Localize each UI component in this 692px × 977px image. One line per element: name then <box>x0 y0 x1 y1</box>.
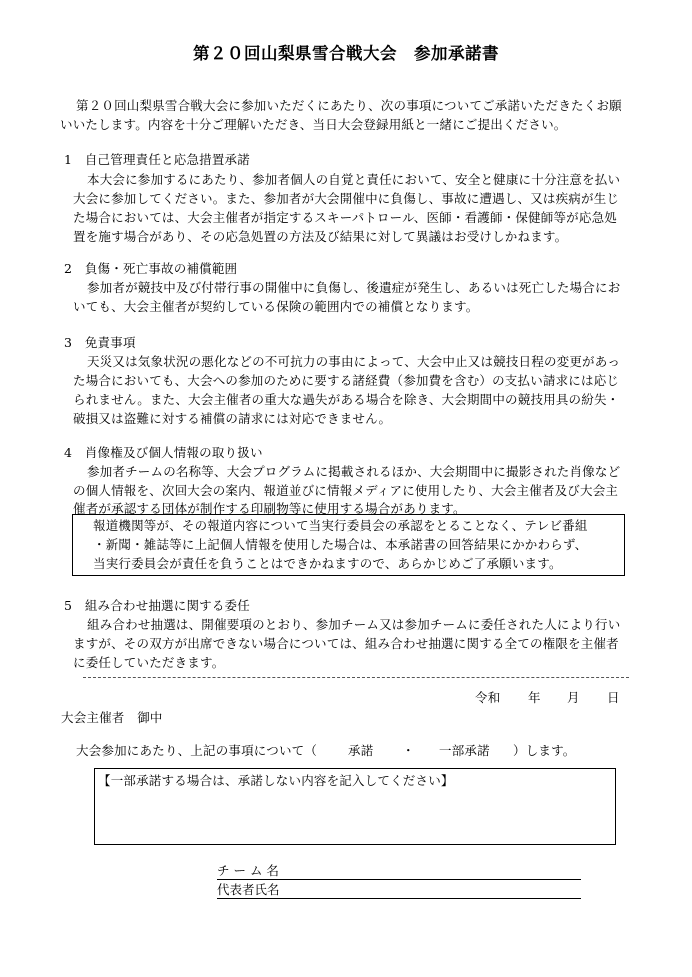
partial-consent-box-label: 【一部承諾する場合は、承諾しない内容を記入してください】 <box>98 771 454 790</box>
section-text-line: に委任していただきます。 <box>73 653 224 672</box>
section-text-line: の個人情報を、次回大会の案内、報道並びに情報メディアに使用したり、大会主催者及び… <box>73 481 618 500</box>
section-heading: 2 負傷・死亡事故の補償範囲 <box>64 259 237 278</box>
section-heading: 1 自己管理責任と応急措置承諾 <box>64 150 250 169</box>
section-text-line: 参加者チームの名称等、大会プログラムに掲載されるほか、大会期間中に撮影された肖像… <box>87 462 620 481</box>
section-text-line: た場合においては、大会主催者が指定するスキーパトロール、医師・看護師・保健師等が… <box>73 208 617 227</box>
section-text-line: 参加者が競技中及び付帯行事の開催中に負傷し、後遺症が発生し、あるいは死亡した場合… <box>87 278 620 297</box>
date-day-label[interactable]: 日 <box>607 688 620 707</box>
intro-line-1: 第２０回山梨県雪合戦大会に参加いただくにあたり、次の事項についてご承諾いただきた… <box>76 96 622 115</box>
option-partial-consent[interactable]: 一部承諾 <box>439 741 490 760</box>
consent-prefix: 大会参加にあたり、上記の事項について（ <box>76 741 317 760</box>
section-heading: 4 肖像権及び個人情報の取り扱い <box>64 443 263 462</box>
cut-line-separator <box>83 677 629 678</box>
section-text-line: 組み合わせ抽選は、開催要項のとおり、参加チーム又は参加チームに委任された人により… <box>87 615 620 634</box>
section-text-line: られません。また、大会主催者の重大な過失がある場合を除き、大会期間中の競技用具の… <box>73 390 619 409</box>
section-text-line: 大会に参加してください。また、参加者が大会開催中に負傷し、事故に遭遇し、又は疾病… <box>73 189 619 208</box>
section-text-line: ますが、その双方が出席できない場合については、組み合わせ抽選に関する全ての権限を… <box>73 634 619 653</box>
notice-text-line: 当実行委員会が責任を負うことはできかねますので、あらかじめご了承願います。 <box>93 554 562 573</box>
section-heading: 3 免責事項 <box>64 333 136 352</box>
section-text-line: 天災又は気象状況の悪化などの不可抗力の事由によって、大会中止又は競技日程の変更が… <box>87 352 620 371</box>
section-text-line: 本大会に参加するにあたり、参加者個人の自覚と責任において、安全と健康に十分注意を… <box>87 170 620 189</box>
section-text-line: 破損又は盗難に対する補償の請求には対応できません。 <box>73 409 391 428</box>
section-text-line: 置を施す場合があり、その応急処置の方法及び結果に対して異議はお受けしかねます。 <box>73 227 567 246</box>
intro-line-2: いいたします。内容を十分ご理解いただき、当日大会登録用紙と一緒にご提出ください。 <box>60 115 567 134</box>
section-text-line: た場合においても、大会への参加のために要する諸経費（参加費を含む）の支払い請求に… <box>73 371 619 390</box>
notice-text-line: 報道機関等が、その報道内容について当実行委員会の承認をとることなく、テレビ番組 <box>93 516 588 535</box>
addressee: 大会主催者 御中 <box>61 708 163 727</box>
date-era: 令和 <box>475 688 500 707</box>
consent-suffix: ）します。 <box>513 741 576 760</box>
section-text-line: いても、大会主催者が契約している保険の範囲内での補償となります。 <box>73 297 478 316</box>
section-heading: 5 組み合わせ抽選に関する委任 <box>64 596 250 615</box>
representative-name-label: 代表者氏名 <box>217 882 280 897</box>
representative-name-field[interactable]: 代表者氏名 <box>217 882 581 899</box>
date-year-label[interactable]: 年 <box>528 688 541 707</box>
option-separator: ・ <box>402 741 415 760</box>
notice-text-line: ・新聞・雑誌等に上記個人情報を使用した場合は、本承諾書の回答結果にかかわらず、 <box>93 535 587 554</box>
team-name-field[interactable]: チ ー ム 名 <box>217 863 581 880</box>
team-name-label: チ ー ム 名 <box>217 863 279 878</box>
document-title: 第２０回山梨県雪合戦大会 参加承諾書 <box>0 40 692 64</box>
date-month-label[interactable]: 月 <box>567 688 580 707</box>
option-full-consent[interactable]: 承諾 <box>348 741 373 760</box>
